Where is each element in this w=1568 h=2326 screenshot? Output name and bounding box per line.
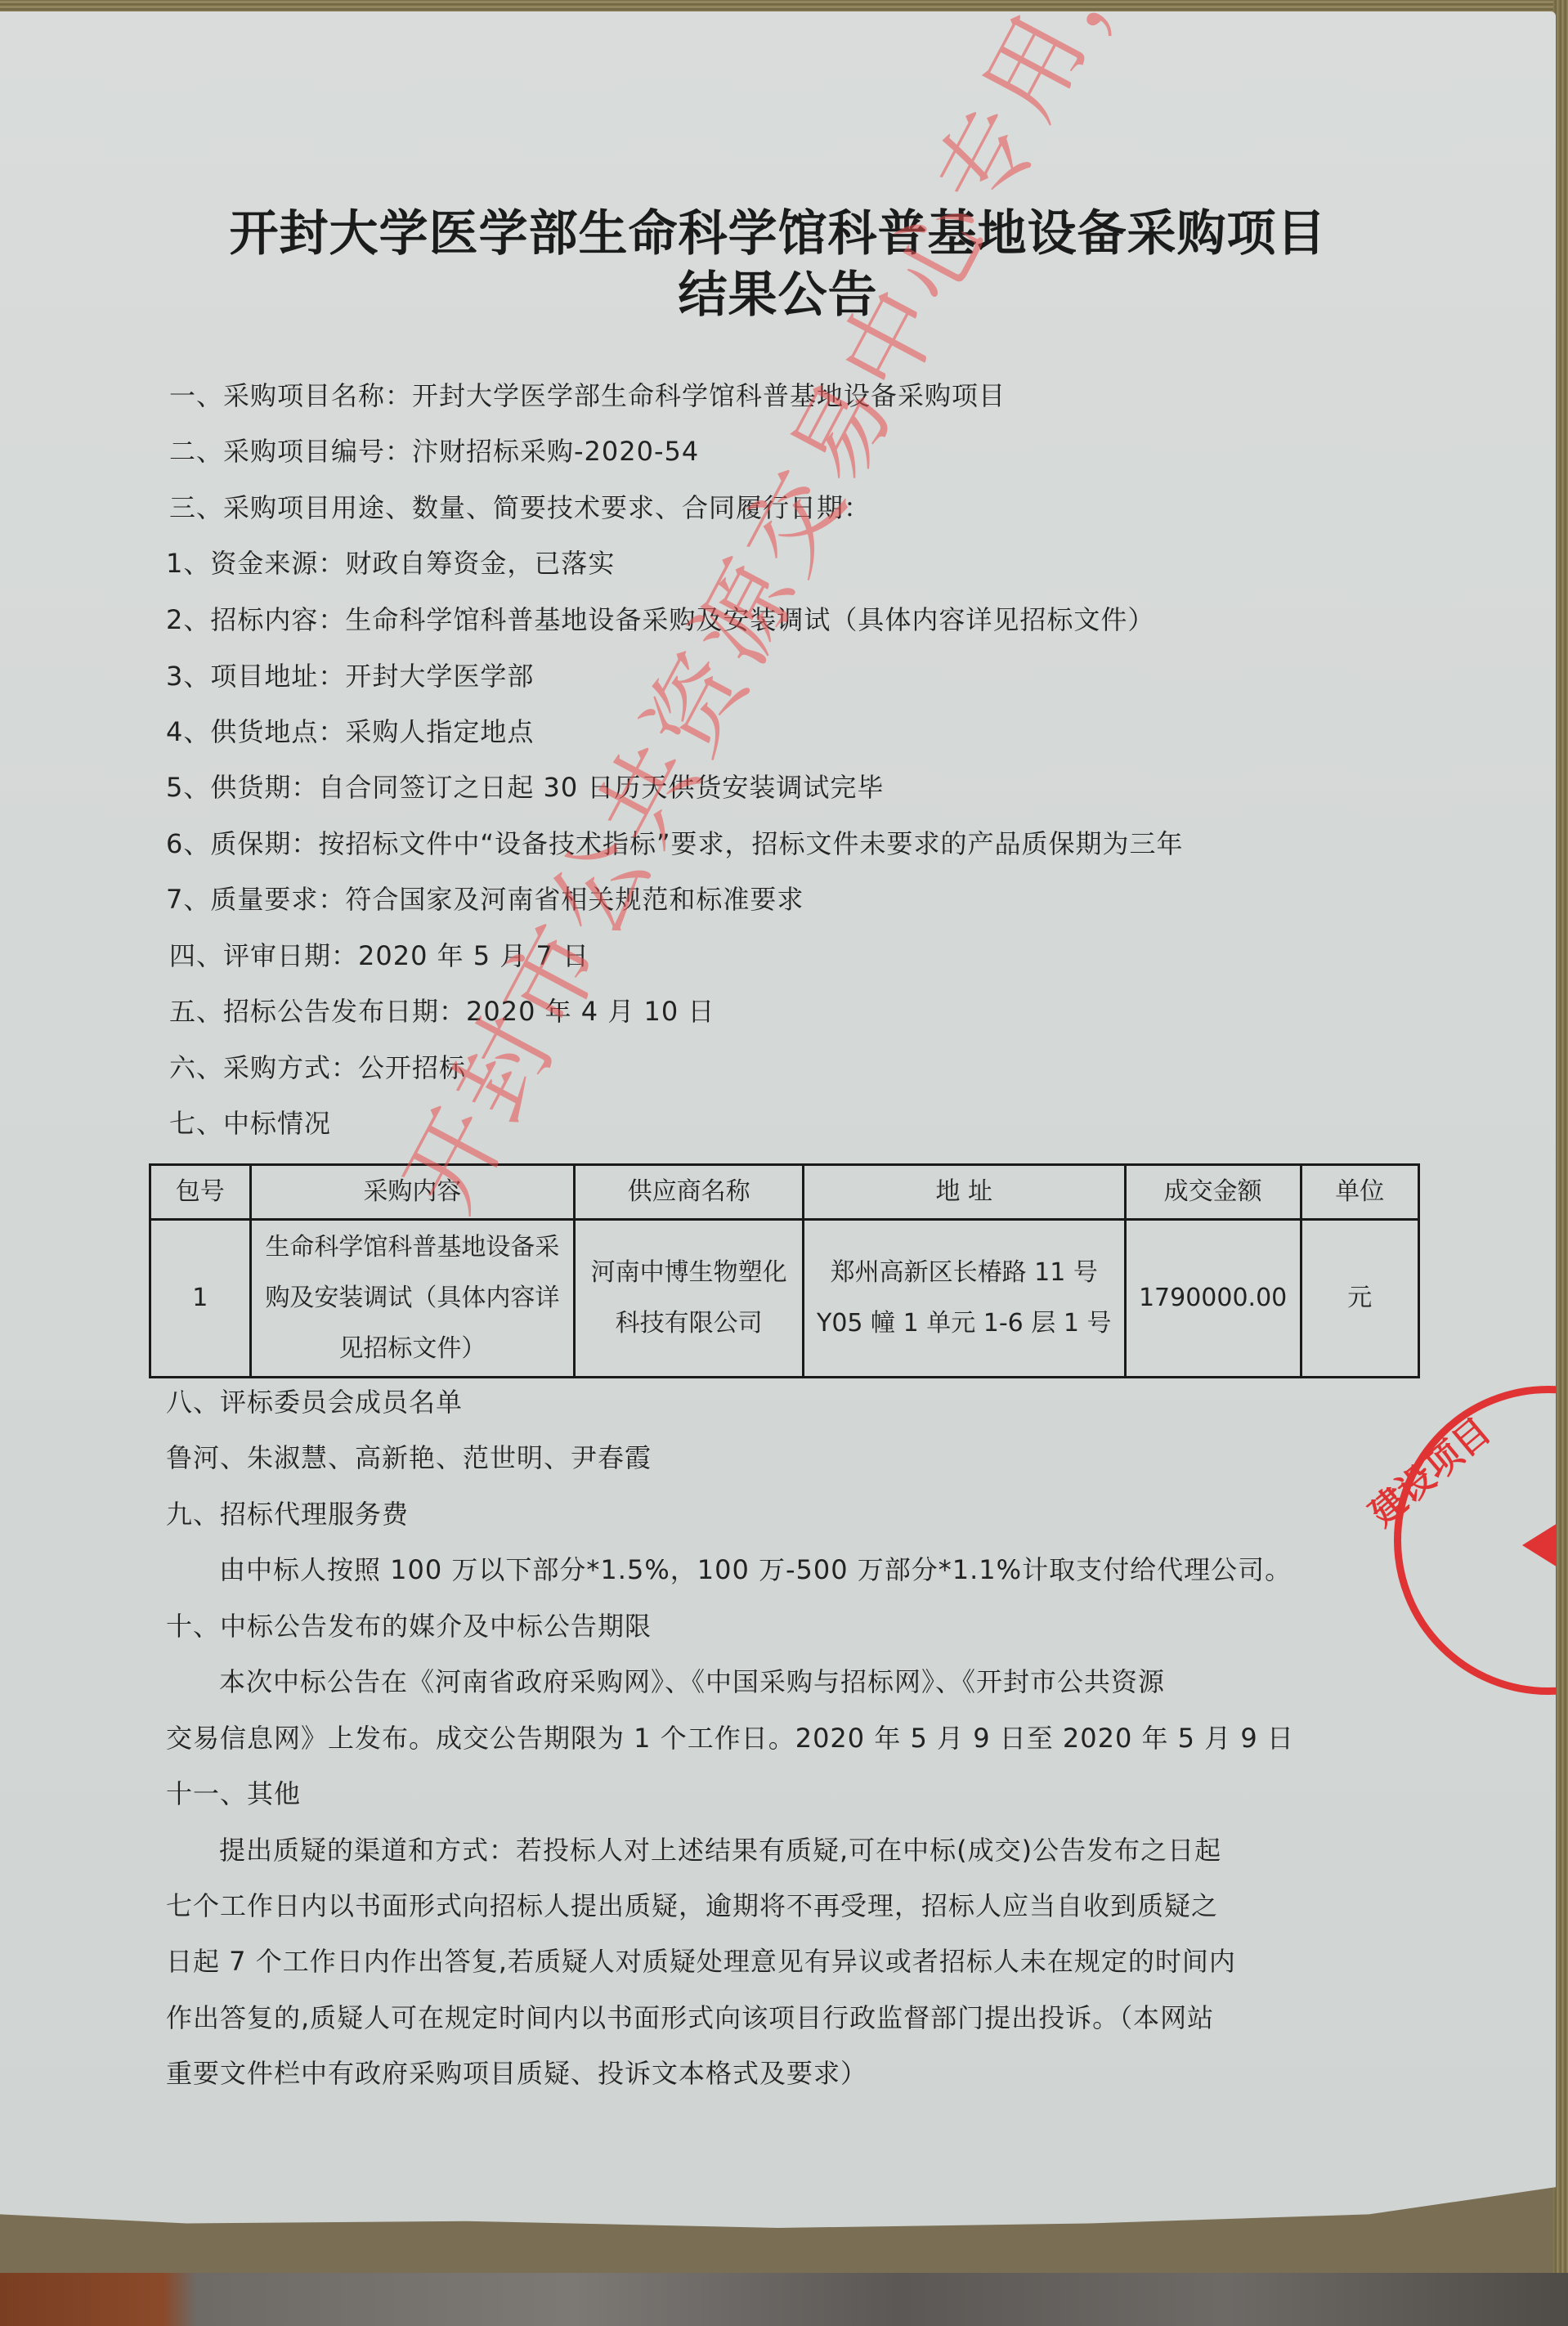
seal-container: 建设项目	[0, 0, 1556, 2326]
seal-text: 建设项目	[1363, 1399, 1556, 1692]
